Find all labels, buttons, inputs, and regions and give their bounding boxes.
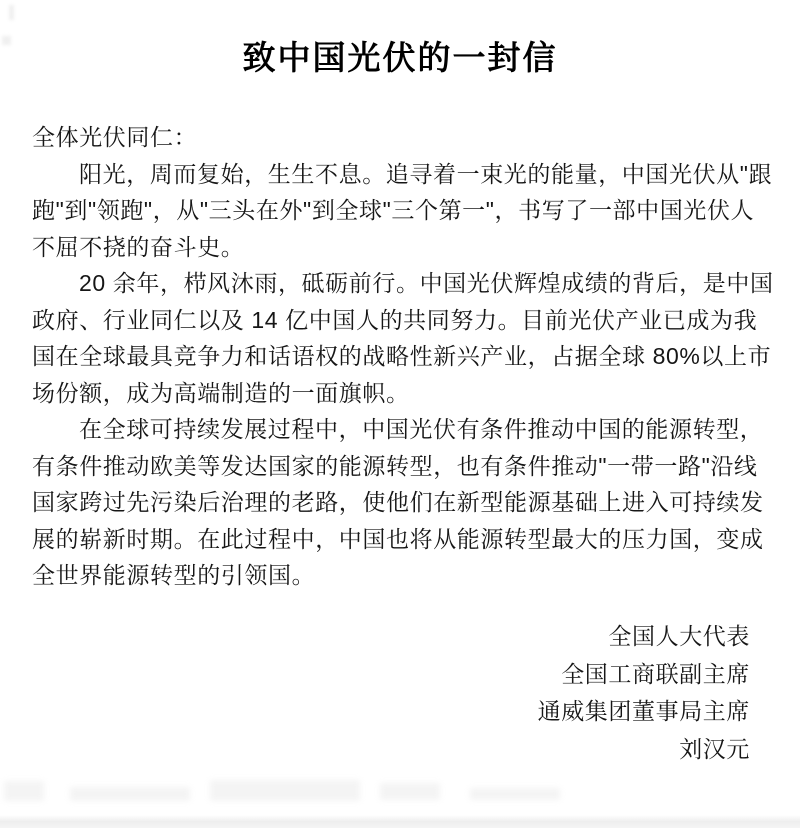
letter-title: 致中国光伏的一封信	[0, 36, 800, 80]
letter-page: 致中国光伏的一封信 全体光伏同仁： 阳光，周而复始，生生不息。追寻着一束光的能量…	[0, 0, 800, 828]
body-line: 政府、行业同仁以及 14 亿中国人的共同努力。目前光伏产业已成为我	[32, 302, 772, 339]
page-bottom-artifact	[0, 779, 620, 805]
body-line: 在全球可持续发展过程中，中国光伏有条件推动中国的能源转型，	[32, 411, 772, 448]
body-line: 国家跨过先污染后治理的老路，使他们在新型能源基础上进入可持续发	[32, 484, 772, 521]
body-line: 有条件推动欧美等发达国家的能源转型，也有条件推动"一带一路"沿线	[32, 448, 772, 485]
body-line: 展的崭新时期。在此过程中，中国也将从能源转型最大的压力国，变成	[32, 521, 772, 558]
body-line: 不屈不挠的奋斗史。	[32, 229, 772, 266]
signature-line-name: 刘汉元	[538, 731, 750, 769]
signature-line-role: 全国工商联副主席	[538, 656, 750, 694]
scan-artifact	[9, 5, 14, 20]
paragraph-3: 在全球可持续发展过程中，中国光伏有条件推动中国的能源转型， 有条件推动欧美等发达…	[32, 411, 772, 594]
body-line: 全世界能源转型的引领国。	[32, 557, 772, 594]
body-line: 阳光，周而复始，生生不息。追寻着一束光的能量，中国光伏从"跟	[32, 156, 772, 193]
signature-line-role: 全国人大代表	[538, 618, 750, 656]
salutation: 全体光伏同仁：	[32, 119, 772, 156]
body-line: 场份额，成为高端制造的一面旗帜。	[32, 375, 772, 412]
body-line: 跑"到"领跑"，从"三头在外"到全球"三个第一"，书写了一部中国光伏人	[32, 192, 772, 229]
paragraph-2: 20 余年，栉风沐雨，砥砺前行。中国光伏辉煌成绩的背后，是中国 政府、行业同仁以…	[32, 265, 772, 411]
signature-block: 全国人大代表 全国工商联副主席 通威集团董事局主席 刘汉元	[538, 618, 750, 768]
page-bottom-edge	[0, 815, 800, 828]
signature-line-role: 通威集团董事局主席	[538, 693, 750, 731]
body-line: 国在全球最具竞争力和话语权的战略性新兴产业，占据全球 80%以上市	[32, 338, 772, 375]
letter-body: 全体光伏同仁： 阳光，周而复始，生生不息。追寻着一束光的能量，中国光伏从"跟 跑…	[32, 119, 772, 594]
body-line: 20 余年，栉风沐雨，砥砺前行。中国光伏辉煌成绩的背后，是中国	[32, 265, 772, 302]
scan-artifact	[2, 36, 11, 45]
paragraph-1: 阳光，周而复始，生生不息。追寻着一束光的能量，中国光伏从"跟 跑"到"领跑"，从…	[32, 156, 772, 266]
